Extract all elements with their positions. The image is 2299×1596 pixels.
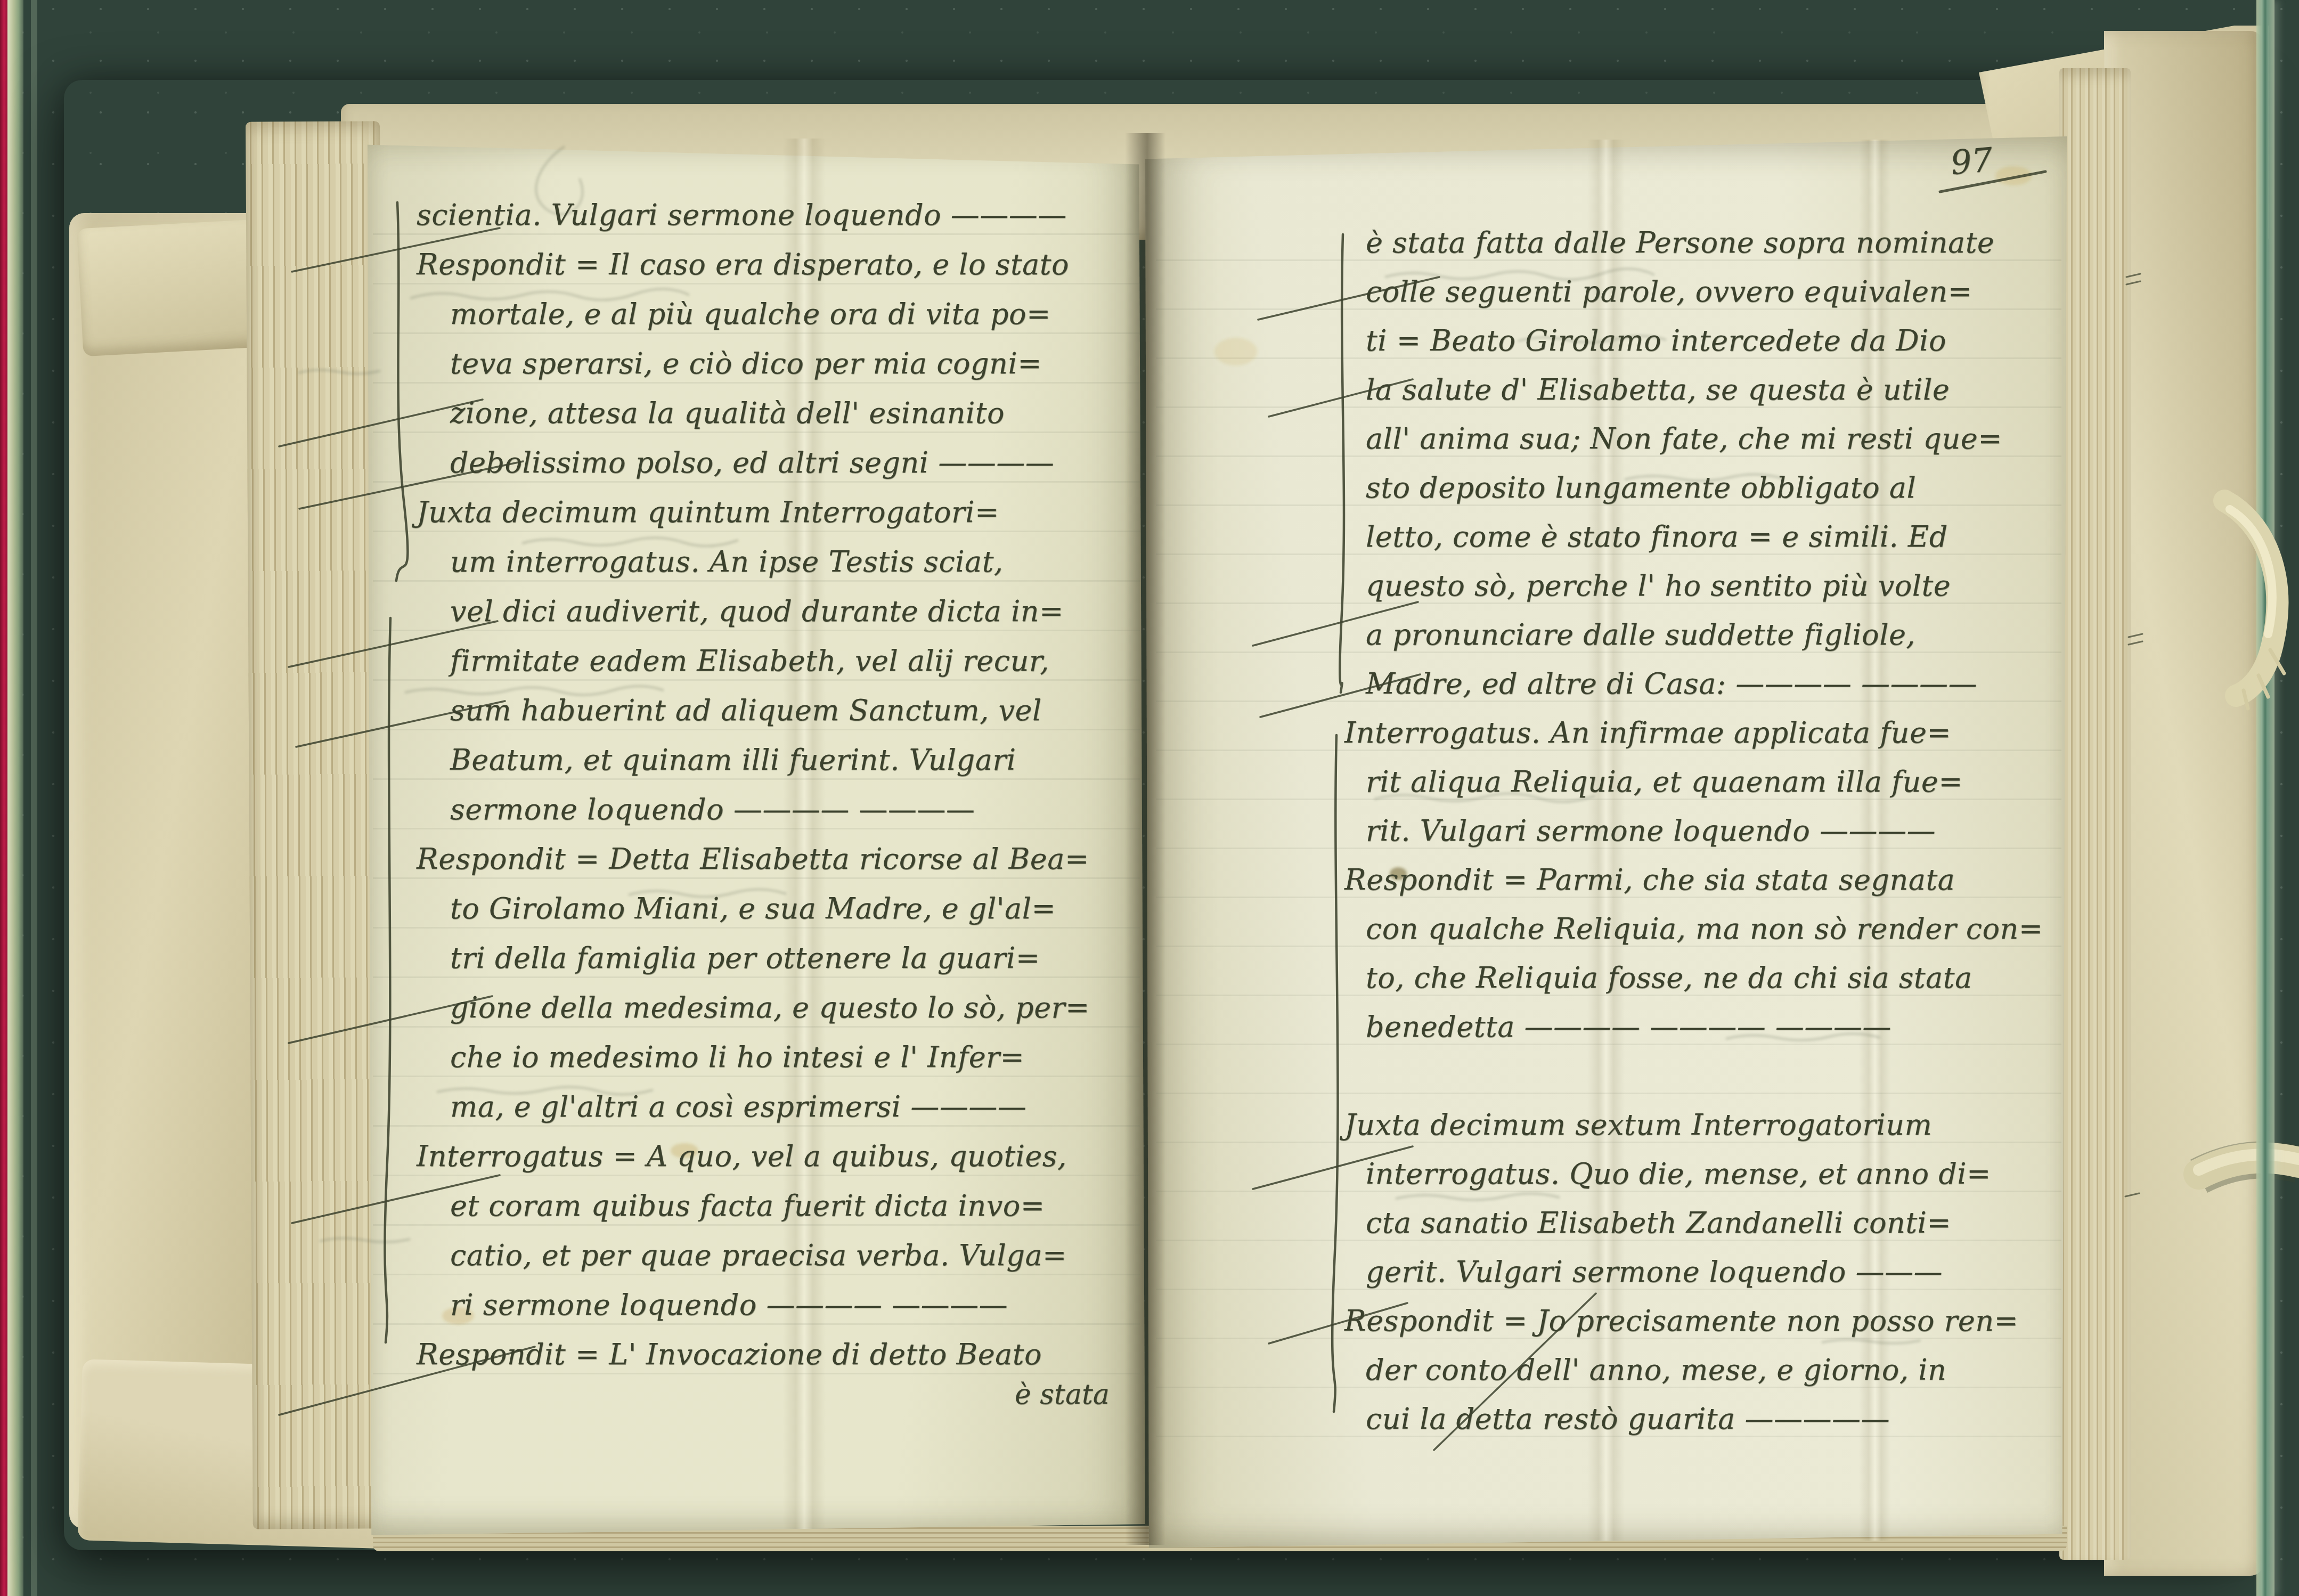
manuscript-line: la salute d' Elisabetta, se questa è uti… xyxy=(1145,370,2064,419)
page-stack-fore-edge-right xyxy=(2059,68,2131,1560)
manuscript-line: catio, et per quae praecisa verba. Vulga… xyxy=(368,1235,1143,1285)
manuscript-line: gione della medesima, e questo lo sò, pe… xyxy=(368,988,1143,1037)
manuscript-line: firmitate eadem Elisabeth, vel alij recu… xyxy=(368,641,1143,690)
left-page-text: scientia. Vulgari sermone loquendo ————R… xyxy=(368,195,1143,1384)
manuscript-line: tri della famiglia per ottenere la guari… xyxy=(368,938,1143,988)
catchword: è stata xyxy=(1015,1379,1110,1411)
manuscript-line: der conto dell' anno, mese, e giorno, in xyxy=(1145,1350,2064,1399)
manuscript-line: mortale, e al più qualche ora di vita po… xyxy=(368,294,1143,344)
manuscript-line: letto, come è stato finora = e simili. E… xyxy=(1145,517,2064,566)
manuscript-line: all' anima sua; Non fate, che mi resti q… xyxy=(1145,419,2064,468)
manuscript-line: Respondit = Parmi, che sia stata segnata xyxy=(1145,860,2064,909)
manuscript-line: Juxta decimum quintum Interrogatori= xyxy=(368,492,1143,542)
manuscript-line: Interrogatus. An infirmae applicata fue= xyxy=(1145,713,2064,762)
manuscript-line: cta sanatio Elisabeth Zandanelli conti= xyxy=(1145,1203,2064,1252)
manuscript-line: cui la detta restò guarita ————— xyxy=(1145,1399,2064,1448)
right-glass-rod xyxy=(2256,0,2274,1596)
manuscript-line: Respondit = Detta Elisabetta ricorse al … xyxy=(368,839,1143,889)
manuscript-line: Respondit = L' Invocazione di detto Beat… xyxy=(368,1334,1143,1384)
left-glass-rod-reflection xyxy=(31,0,37,1596)
manuscript-line xyxy=(1145,1056,2064,1105)
manuscript-line: sermone loquendo ———— ———— xyxy=(368,789,1143,839)
manuscript-line: to, che Reliquia fosse, ne da chi sia st… xyxy=(1145,958,2064,1007)
left-glass-rod xyxy=(7,0,23,1596)
manuscript-line: sto deposito lungamente obbligato al xyxy=(1145,468,2064,517)
manuscript-line: teva sperarsi, e ciò dico per mia cogni= xyxy=(368,344,1143,393)
manuscript-line: che io medesimo li ho intesi e l' Infer= xyxy=(368,1037,1143,1087)
manuscript-line: to Girolamo Miani, e sua Madre, e gl'al= xyxy=(368,889,1143,938)
manuscript-line: zione, attesa la qualità dell' esinanito xyxy=(368,393,1143,443)
manuscript-line: Madre, ed altre di Casa: ———— ———— xyxy=(1145,664,2064,713)
right-page-text: è stata fatta dalle Persone sopra nomina… xyxy=(1145,223,2064,1448)
page-number: 97 xyxy=(1949,140,1994,183)
manuscript-line: questo sò, perche l' ho sentito più volt… xyxy=(1145,566,2064,615)
manuscript-line: rit. Vulgari sermone loquendo ———— xyxy=(1145,811,2064,860)
manuscript-line: um interrogatus. An ipse Testis sciat, xyxy=(368,542,1143,591)
manuscript-line: vel dici audiverit, quod durante dicta i… xyxy=(368,591,1143,641)
manuscript-line: interrogatus. Quo die, mense, et anno di… xyxy=(1145,1154,2064,1203)
manuscript-line: benedetta ———— ———— ———— xyxy=(1145,1007,2064,1056)
manuscript-line: ma, e gl'altri a così esprimersi ———— xyxy=(368,1087,1143,1136)
manuscript-line: rit aliqua Reliquia, et quaenam illa fue… xyxy=(1145,762,2064,811)
manuscript-line: debolissimo polso, ed altri segni ———— xyxy=(368,443,1143,492)
page-stack-fore-edge-left xyxy=(246,121,387,1529)
manuscript-line: ri sermone loquendo ———— ———— xyxy=(368,1285,1143,1334)
manuscript-line: Interrogatus = A quo, vel a quibus, quot… xyxy=(368,1136,1143,1186)
manuscript-line: Respondit = Il caso era disperato, e lo … xyxy=(368,245,1143,294)
manuscript-line: gerit. Vulgari sermone loquendo ——— xyxy=(1145,1252,2064,1301)
left-red-edge-strip xyxy=(0,0,7,1596)
manuscript-line: et coram quibus facta fuerit dicta invo= xyxy=(368,1186,1143,1235)
manuscript-line: colle seguenti parole, ovvero equivalen= xyxy=(1145,272,2064,321)
manuscript-line: è stata fatta dalle Persone sopra nomina… xyxy=(1145,223,2064,272)
manuscript-line: sum habuerint ad aliquem Sanctum, vel xyxy=(368,690,1143,740)
manuscript-line: a pronunciare dalle suddette figliole, xyxy=(1145,615,2064,664)
manuscript-photo: scientia. Vulgari sermone loquendo ————R… xyxy=(0,0,2299,1596)
manuscript-line: Respondit = Jo precisamente non posso re… xyxy=(1145,1301,2064,1350)
manuscript-line: Beatum, et quinam illi fuerint. Vulgari xyxy=(368,740,1143,789)
manuscript-line: scientia. Vulgari sermone loquendo ———— xyxy=(368,195,1143,245)
manuscript-line: con qualche Reliquia, ma non sò render c… xyxy=(1145,909,2064,958)
manuscript-line: ti = Beato Girolamo intercedete da Dio xyxy=(1145,321,2064,370)
manuscript-line: Juxta decimum sextum Interrogatorium xyxy=(1145,1105,2064,1154)
